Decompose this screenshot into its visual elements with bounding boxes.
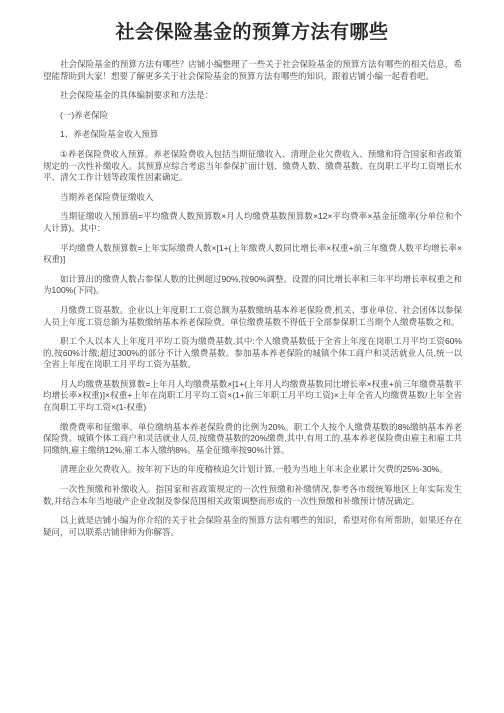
article-body: 社会保险基金的预算方法有哪些？店铺小编整理了一些关于社会保险基金的预算方法有哪些… <box>43 59 462 538</box>
page-title: 社会保险基金的预算方法有哪些 <box>20 17 484 44</box>
closing-paragraph: 以上就是店铺小编为你介绍的关于社会保险基金的预算方法有哪些的知识，希望对你有所帮… <box>43 515 462 538</box>
article-page: 社会保险基金的预算方法有哪些 社会保险基金的预算方法有哪些？店铺小编整理了一些关… <box>0 0 504 538</box>
formula-average-payers: 平均缴费人数预算数=上年实际缴费人数×[1+(上年缴费人数同比增长率×权重+前三… <box>43 243 462 266</box>
paragraph-arrears-income: 清理企业欠费收入。按年初下达的年度稽核追欠计划计算,一般为当地上年末企业累计欠费… <box>43 464 462 476</box>
formula-monthly-per-capita-base: 月人均缴费基数预算数=上年月人均缴费基数×[1+(上年月人均缴费基数同比增长率×… <box>43 379 462 414</box>
label-current-collection-income: 当期养老保险费征缴收入 <box>43 192 462 204</box>
intro-paragraph: 社会保险基金的预算方法有哪些？店铺小编整理了一些关于社会保险基金的预算方法有哪些… <box>43 59 462 82</box>
paragraph-monthly-wage-base: 月缴费工资基数。企业以上年度职工工资总额为基数缴纳基本养老保险费,机关、事业单位… <box>43 305 462 328</box>
paragraph-one-time-income: 一次性预缴和补缴收入。指国家和省政策规定的一次性预缴和补缴情况,参考各市级统筹地… <box>43 484 462 507</box>
methods-lead-in: 社会保险基金的具体编制要求和方法是： <box>43 90 462 102</box>
paragraph-rates-and-collection: 缴费费率和征缴率。单位缴纳基本养老保险费的比例为20%。职工个人按个人缴费基数的… <box>43 422 462 457</box>
paragraph-income-budget-overview: ①养老保险费收入预算。养老保险费收入包括当期征缴收入、清理企业欠费收入、预缴和符… <box>43 149 462 184</box>
section-heading-pension: (一)养老保险 <box>43 110 462 122</box>
paragraph-individual-base: 职工个人以本人上年度月平均工资为缴费基数,其中:个人缴费基数低于全省上年度在岗职… <box>43 336 462 371</box>
formula-current-collection: 当期征缴收入预算值=平均缴费人数预算数×月人均缴费基数预算数×12×平均费率×基… <box>43 211 462 234</box>
paragraph-90-percent-adjustment: 如计算出的缴费人数占参保人数的比例超过90%,按90%调整。设置的同比增长率和三… <box>43 274 462 297</box>
subsection-heading-income-budget: 1、养老保险基金收入预算 <box>43 129 462 141</box>
